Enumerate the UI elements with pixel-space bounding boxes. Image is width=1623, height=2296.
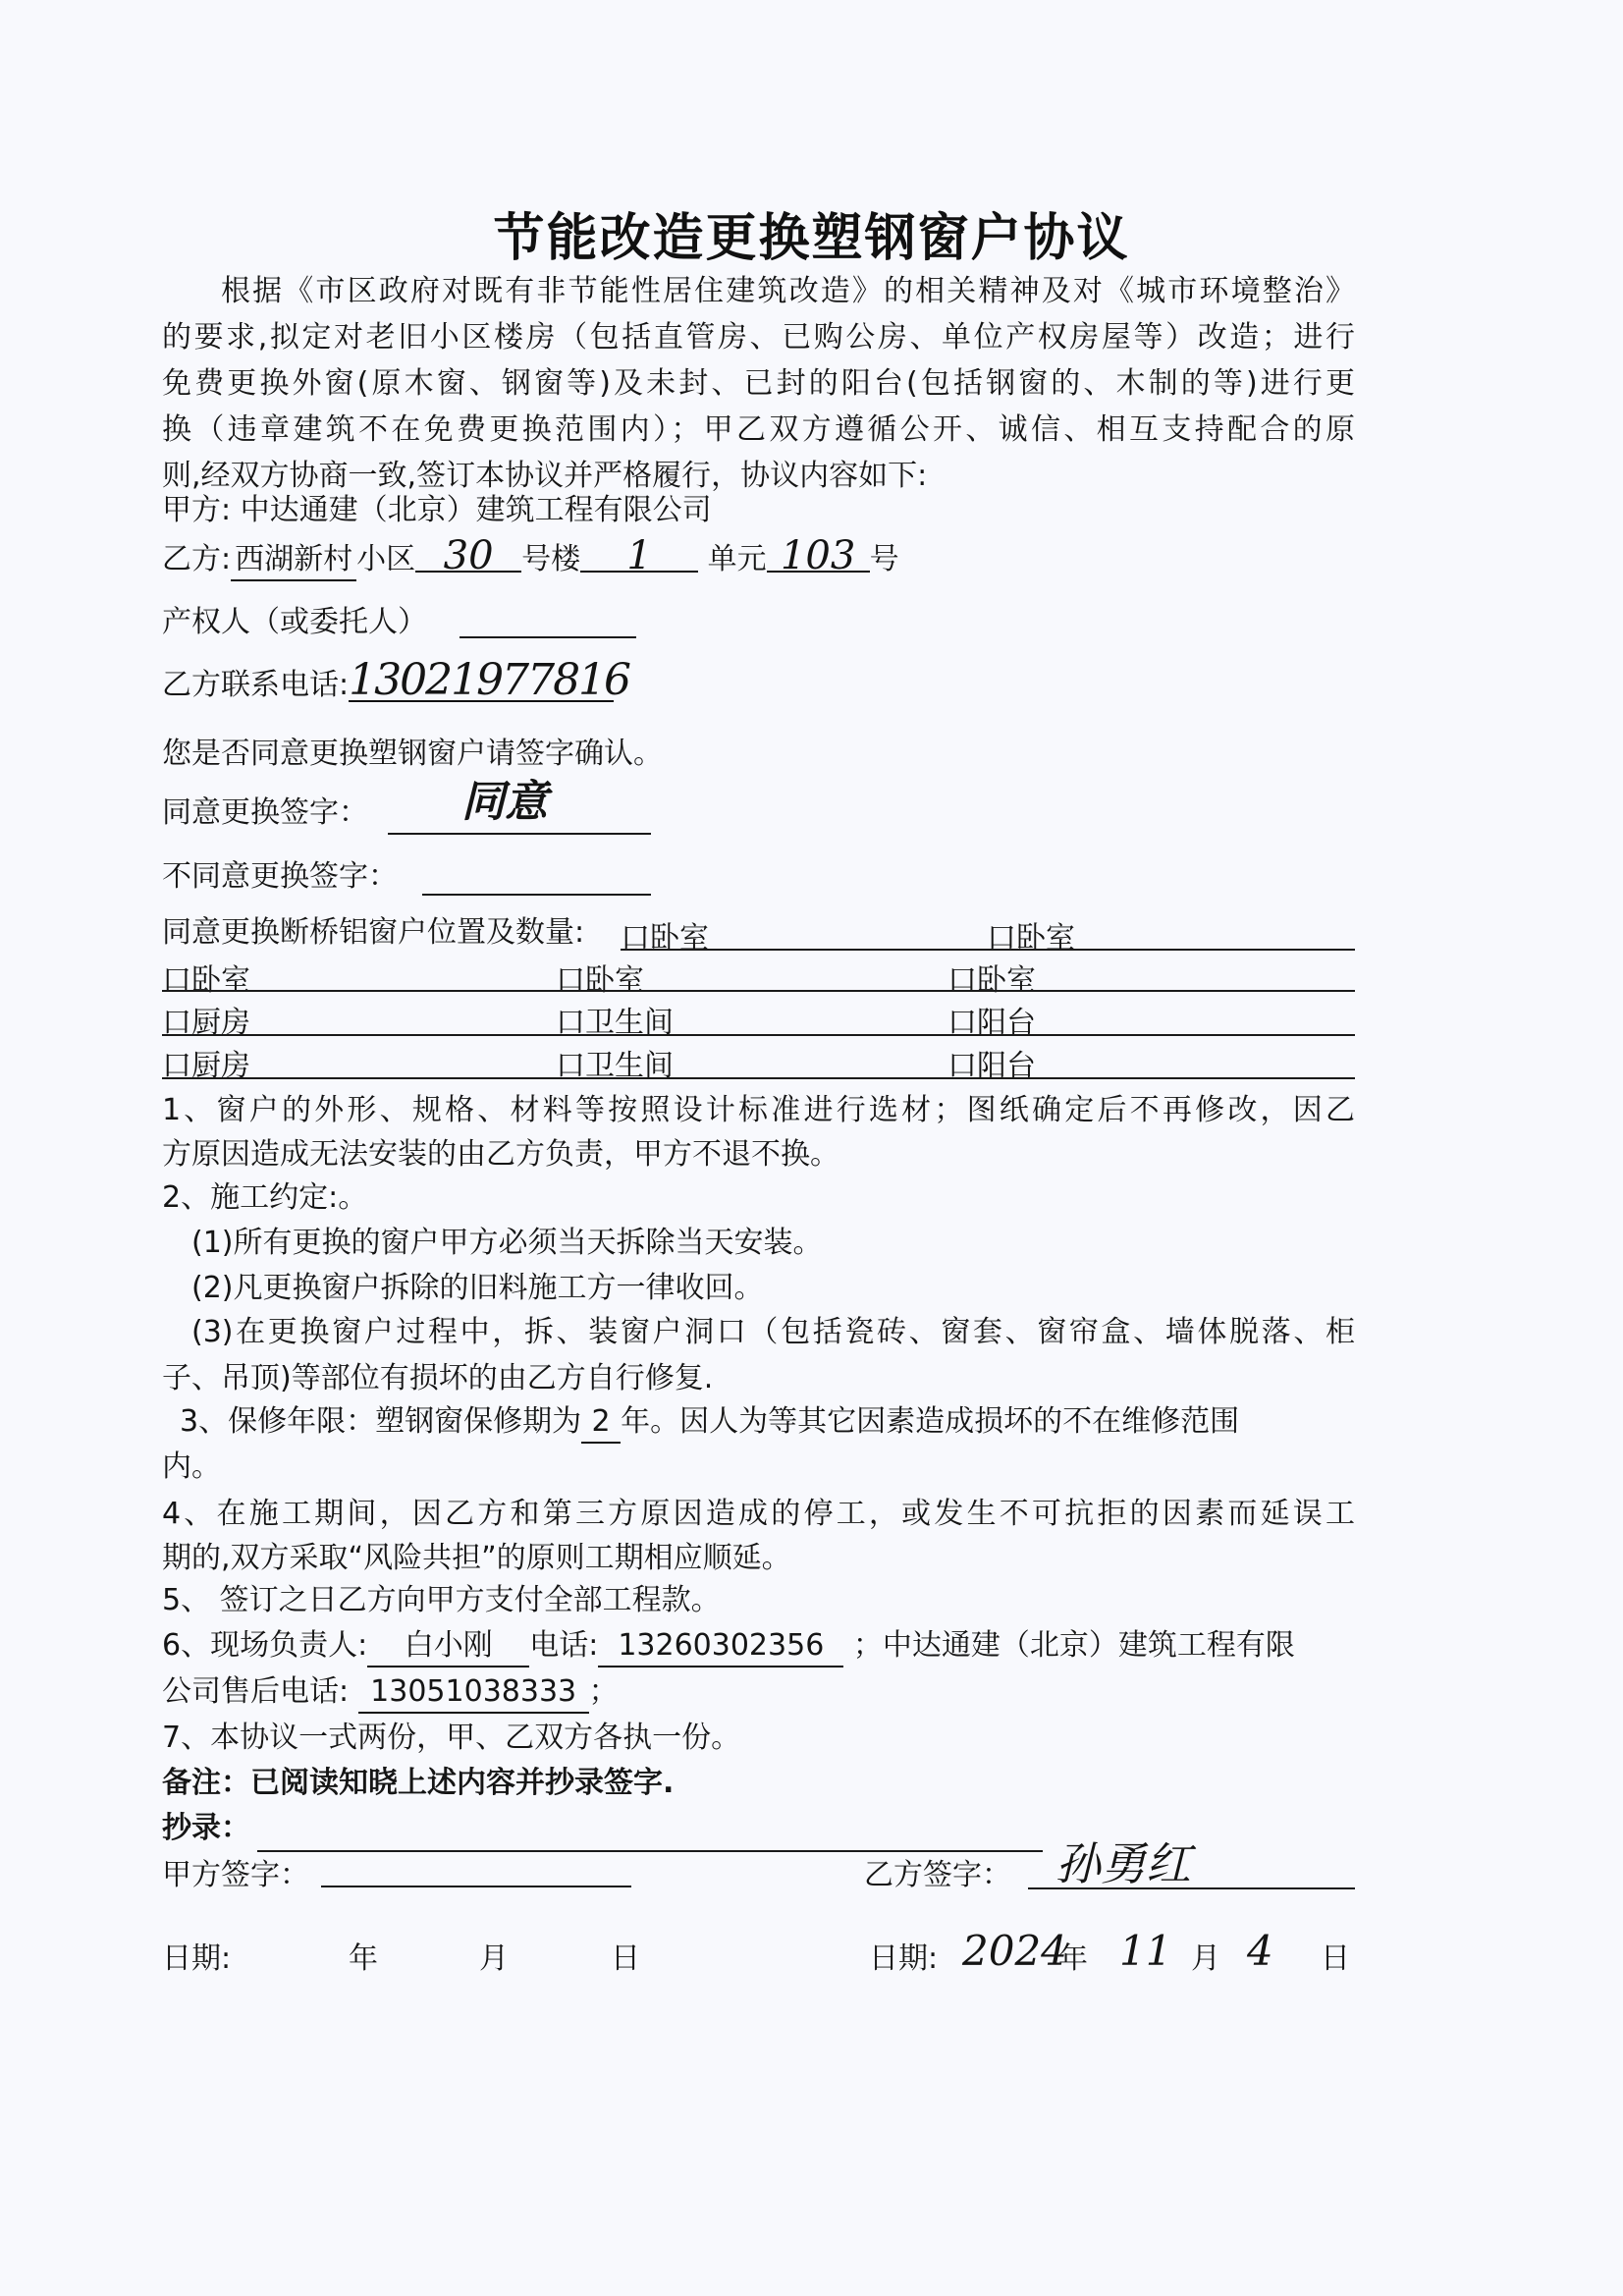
window-option[interactable]: 口卧室: [556, 956, 644, 999]
contact-phone-row: 乙方联系电话:13021977816: [162, 661, 614, 705]
party-b-signature-value[interactable]: 孙勇红: [1055, 1829, 1191, 1893]
clause-6-phone-label: 电话:: [529, 1628, 598, 1663]
clause-6-line-1: 6、现场负责人:白小刚电话:13260302356 ；中达通建（北京）建筑工程有…: [162, 1626, 1295, 1667]
party-b-date-month[interactable]: 11: [1119, 1927, 1171, 1975]
owner-row: 产权人（或委托人）: [162, 603, 427, 642]
clause-2-1: (1)所有更换的窗户甲方必须当天拆除当天安装。: [191, 1224, 823, 1263]
party-b-date-day[interactable]: 4: [1247, 1927, 1273, 1975]
unit-suffix: 单元: [708, 542, 767, 576]
site-manager-field[interactable]: 白小刚: [367, 1626, 529, 1667]
party-a-date-month-label: 月: [479, 1940, 509, 1979]
window-option[interactable]: 口卧室: [947, 956, 1036, 999]
clause-4-line-2: 期的,双方采取“风险共担”的原则工期相应顺延。: [162, 1535, 1355, 1581]
clause-6-prefix: 6、现场负责人:: [162, 1628, 367, 1663]
party-a-name: 中达通建（北京）建筑工程有限公司: [241, 493, 712, 527]
window-row-line: [162, 1034, 1355, 1036]
party-b-signature-label: 乙方签字：: [864, 1856, 1011, 1895]
agree-signature-row: 同意更换签字：: [162, 793, 368, 833]
party-b-date-label: 日期:: [869, 1940, 938, 1979]
clause-3-suffix: 年。因人为等其它因素造成损坏的不在维修范围: [621, 1404, 1239, 1439]
agree-signature-value[interactable]: 同意: [461, 766, 548, 829]
window-row-line: [162, 1077, 1355, 1079]
clause-2-title: 2、施工约定:。: [162, 1178, 367, 1218]
party-a-date-day-label: 日: [611, 1940, 640, 1979]
intro-line-1: 根据《市区政府对既有非节能性居住建筑改造》的相关精神及对《城市环境整治》: [162, 268, 1355, 314]
owner-label: 产权人（或委托人）: [162, 605, 427, 639]
intro-line-2: 的要求,拟定对老旧小区楼房（包括直管房、已购公房、单位产权房屋等）改造；进行: [162, 314, 1355, 360]
copy-label: 抄录：: [162, 1809, 250, 1848]
clause-1-line-1: 1、窗户的外形、规格、材料等按照设计标准进行选材；图纸确定后不再修改，因乙: [162, 1087, 1355, 1133]
clause-6-line-2-label: 公司售后电话:: [162, 1674, 349, 1709]
clause-6-suffix: ；中达通建（北京）建筑工程有限: [853, 1628, 1295, 1663]
window-row-line: [621, 949, 1355, 951]
clause-5: 5、 签订之日乙方向甲方支付全部工程款。: [162, 1581, 721, 1620]
after-sales-phone-field[interactable]: 13051038333: [358, 1672, 589, 1714]
agree-signature-label: 同意更换签字：: [162, 795, 368, 830]
disagree-signature-label: 不同意更换签字：: [162, 859, 398, 894]
community-field[interactable]: 西湖新村: [231, 540, 356, 581]
party-a-date-year-label: 年: [349, 1940, 378, 1979]
document-title: 节能改造更换塑钢窗户协议: [0, 196, 1623, 270]
room-suffix: 号: [870, 542, 899, 576]
party-b-date-year-label: 年: [1058, 1940, 1088, 1979]
contact-phone-label: 乙方联系电话:: [162, 668, 349, 702]
clause-2-2: (2)凡更换窗户拆除的旧料施工方一律收回。: [191, 1269, 764, 1308]
party-a-signature-label: 甲方签字：: [162, 1856, 309, 1895]
contact-phone-field[interactable]: 13021977816: [349, 661, 614, 702]
party-b-row: 乙方:西湖新村小区30号楼1 单元103号: [162, 540, 899, 581]
intro-line-3: 免费更换外窗(原木窗、钢窗等)及未封、已封的阳台(包括钢窗的、木制的等)进行更: [162, 360, 1355, 407]
agree-signature-line[interactable]: [388, 833, 651, 835]
clause-3-line-1: 3、保修年限：塑钢窗保修期为2年。因人为等其它因素造成损坏的不在维修范围: [180, 1402, 1239, 1444]
clause-3-line-2: 内。: [162, 1448, 221, 1487]
party-a-date-label: 日期:: [162, 1940, 231, 1979]
window-row-line: [162, 990, 1355, 992]
unit-field[interactable]: 1: [580, 541, 698, 573]
party-b-date-day-label: 日: [1321, 1940, 1350, 1979]
warranty-years-field[interactable]: 2: [581, 1402, 621, 1444]
party-b-date-year[interactable]: 2024: [962, 1927, 1067, 1975]
disagree-signature-row: 不同意更换签字：: [162, 857, 398, 897]
party-b-label: 乙方:: [162, 542, 231, 576]
building-suffix: 号楼: [521, 542, 580, 576]
party-a-label: 甲方:: [162, 493, 231, 527]
room-field[interactable]: 103: [767, 541, 870, 573]
clause-3-prefix: 3、保修年限：塑钢窗保修期为: [180, 1404, 581, 1439]
window-option[interactable]: 口卧室: [162, 956, 250, 999]
intro-line-4: 换（违章建筑不在免费更换范围内）；甲乙双方遵循公开、诚信、相互支持配合的原: [162, 407, 1355, 453]
copy-field-line[interactable]: [257, 1850, 1043, 1852]
disagree-signature-line[interactable]: [422, 894, 651, 896]
consent-question: 您是否同意更换塑钢窗户请签字确认。: [162, 735, 663, 774]
party-b-signature-line[interactable]: [1028, 1887, 1355, 1889]
owner-field-line[interactable]: [460, 636, 636, 638]
clause-4-line-1: 4、在施工期间，因乙方和第三方原因造成的停工，或发生不可抗拒的因素而延误工: [162, 1491, 1355, 1537]
remark: 备注：已阅读知晓上述内容并抄录签字.: [162, 1764, 674, 1803]
clause-1-line-2: 方原因造成无法安装的由乙方负责，甲方不退不换。: [162, 1131, 1355, 1177]
clause-6-line-2: 公司售后电话: 13051038333；: [162, 1672, 619, 1714]
party-a-signature-line[interactable]: [321, 1886, 631, 1887]
clause-2-3-line-1: (3)在更换窗户过程中，拆、装窗户洞口（包括瓷砖、窗套、窗帘盒、墙体脱落、柜: [191, 1309, 1355, 1355]
clause-6-line-2-suffix: ；: [589, 1674, 619, 1709]
community-suffix: 小区: [356, 542, 415, 576]
clause-2-3-line-2: 子、吊顶)等部位有损坏的由乙方自行修复.: [162, 1355, 1355, 1401]
site-manager-phone-field[interactable]: 13260302356: [598, 1626, 843, 1667]
window-positions-label: 同意更换断桥铝窗户位置及数量:: [162, 913, 584, 953]
clause-7: 7、本协议一式两份，甲、乙双方各执一份。: [162, 1719, 740, 1758]
building-field[interactable]: 30: [415, 541, 521, 573]
party-a-row: 甲方: 中达通建（北京）建筑工程有限公司: [162, 491, 712, 530]
party-b-date-month-label: 月: [1191, 1940, 1220, 1979]
